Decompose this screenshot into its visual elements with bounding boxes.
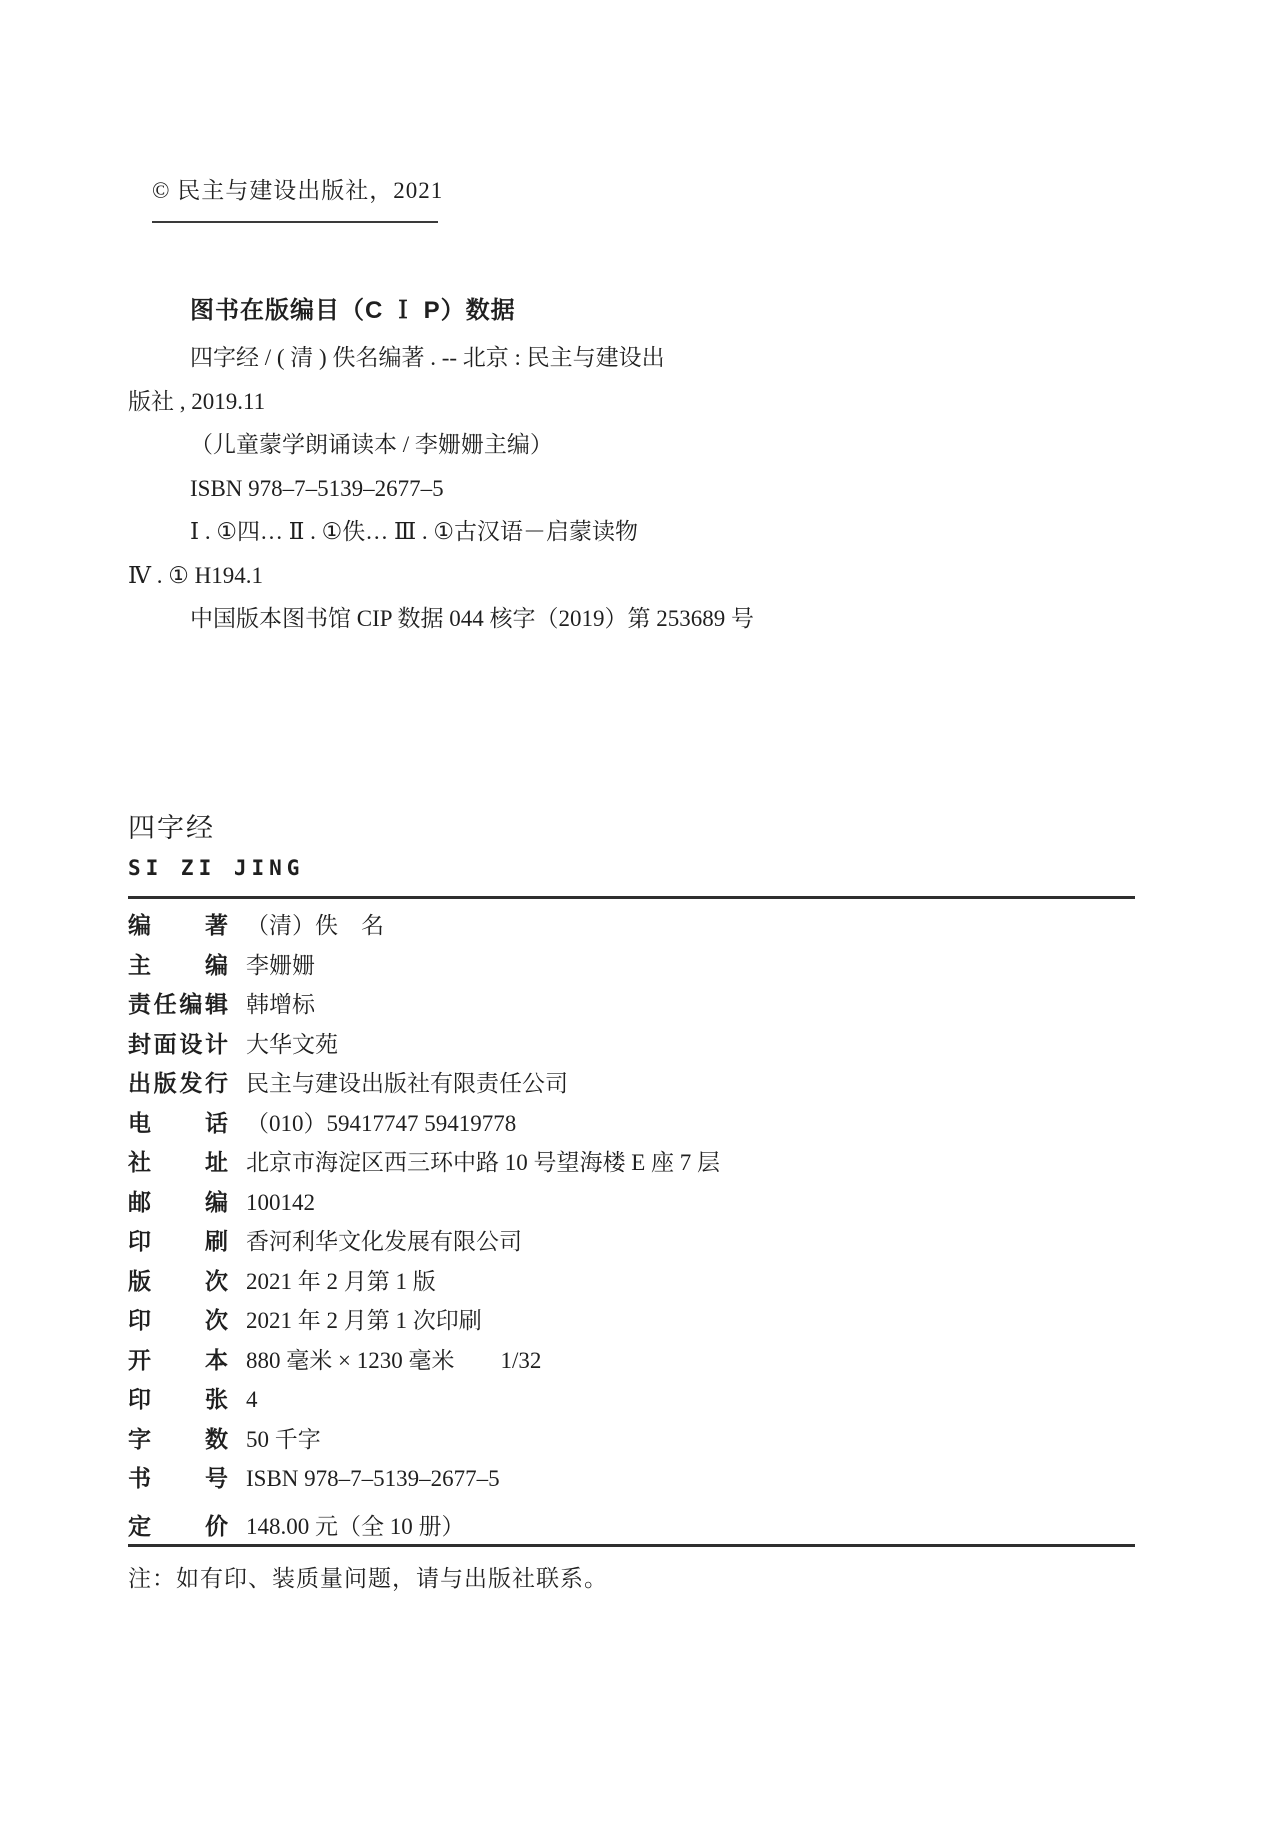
cip-data-block: 四字经 / ( 清 ) 佚名编著 . -- 北京 : 民主与建设出版社 , 20… — [128, 336, 1138, 641]
divider-top — [128, 896, 1135, 899]
colophon-row-label: 主 编 — [128, 946, 228, 986]
divider-bottom — [128, 1544, 1135, 1547]
colophon-row-label: 印 张 — [128, 1380, 228, 1420]
colophon-row-label: 编 著 — [128, 906, 228, 946]
colophon-row-label: 印 刷 — [128, 1222, 228, 1262]
copyright-page: © 民主与建设出版社，2021 图书在版编目（C Ｉ P）数据 四字经 / ( … — [0, 0, 1285, 1837]
colophon-row: 版 次2021 年 2 月第 1 版 — [128, 1262, 1138, 1302]
colophon-row: 邮 编100142 — [128, 1183, 1138, 1223]
colophon-row-value: 100142 — [246, 1183, 315, 1223]
colophon-row-value: 50 千字 — [246, 1420, 321, 1460]
colophon-row: 出版发行民主与建设出版社有限责任公司 — [128, 1064, 1138, 1104]
colophon-row-value: 大华文苑 — [246, 1025, 338, 1065]
colophon-row-value: 2021 年 2 月第 1 次印刷 — [246, 1301, 482, 1341]
colophon-row-value: 148.00 元（全 10 册） — [246, 1507, 465, 1547]
colophon-row-label: 社 址 — [128, 1143, 228, 1183]
colophon-row-label: 书 号 — [128, 1459, 228, 1499]
colophon-row-label: 邮 编 — [128, 1183, 228, 1223]
colophon-row: 封面设计大华文苑 — [128, 1025, 1138, 1065]
colophon-row: 印 刷香河利华文化发展有限公司 — [128, 1222, 1138, 1262]
colophon-row-value: 韩增标 — [246, 985, 315, 1025]
note-line: 注：如有印、装质量问题，请与出版社联系。 — [128, 1560, 608, 1593]
colophon-row-value: 2021 年 2 月第 1 版 — [246, 1262, 436, 1302]
colophon-row-value: 香河利华文化发展有限公司 — [246, 1222, 522, 1262]
colophon-row-value: 4 — [246, 1380, 258, 1420]
colophon-row-label: 责任编辑 — [128, 985, 228, 1025]
colophon-row: 责任编辑韩增标 — [128, 985, 1138, 1025]
book-title-pinyin: SI ZI JING — [128, 856, 304, 880]
colophon-row-label: 开 本 — [128, 1341, 228, 1381]
colophon-row-label: 电 话 — [128, 1104, 228, 1144]
colophon-row-label: 印 次 — [128, 1301, 228, 1341]
colophon-row: 开 本880 毫米 × 1230 毫米 1/32 — [128, 1341, 1138, 1381]
colophon-row-value: （010）59417747 59419778 — [246, 1104, 516, 1144]
colophon-row-label: 出版发行 — [128, 1064, 228, 1104]
cip-line: （儿童蒙学朗诵读本 / 李姗姗主编） — [128, 423, 1138, 467]
colophon-row: 编 著（清）佚 名 — [128, 906, 1138, 946]
cip-heading: 图书在版编目（C Ｉ P）数据 — [190, 290, 516, 325]
colophon-row-label: 封面设计 — [128, 1025, 228, 1065]
colophon-row-value: ISBN 978–7–5139–2677–5 — [246, 1459, 500, 1499]
colophon-row-value: 李姗姗 — [246, 946, 315, 986]
cip-line: Ⅰ . ①四… Ⅱ . ①佚… Ⅲ . ①古汉语－启蒙读物 — [128, 510, 1138, 554]
colophon-row: 电 话（010）59417747 59419778 — [128, 1104, 1138, 1144]
colophon-row: 定 价148.00 元（全 10 册） — [128, 1507, 1138, 1547]
cip-line: Ⅳ . ① H194.1 — [128, 554, 1138, 598]
cip-line: 中国版本图书馆 CIP 数据 044 核字（2019）第 253689 号 — [128, 597, 1138, 641]
colophon-row: 印 张4 — [128, 1380, 1138, 1420]
cip-line: 版社 , 2019.11 — [128, 380, 1138, 424]
colophon-row: 字 数50 千字 — [128, 1420, 1138, 1460]
copyright-underline — [152, 221, 438, 223]
colophon-row: 社 址北京市海淀区西三环中路 10 号望海楼 E 座 7 层 — [128, 1143, 1138, 1183]
cip-line: ISBN 978–7–5139–2677–5 — [128, 467, 1138, 511]
colophon-row-label: 版 次 — [128, 1262, 228, 1302]
colophon-row: 主 编李姗姗 — [128, 946, 1138, 986]
colophon-row-value: （清）佚 名 — [246, 906, 384, 946]
colophon-row-label: 定 价 — [128, 1507, 228, 1547]
colophon-table: 编 著（清）佚 名主 编李姗姗责任编辑韩增标封面设计大华文苑出版发行民主与建设出… — [128, 906, 1138, 1546]
colophon-row: 书 号ISBN 978–7–5139–2677–5 — [128, 1459, 1138, 1499]
book-title: 四字经 — [128, 806, 215, 845]
colophon-row-label: 字 数 — [128, 1420, 228, 1460]
cip-line: 四字经 / ( 清 ) 佚名编著 . -- 北京 : 民主与建设出 — [128, 336, 1138, 380]
colophon-row: 印 次2021 年 2 月第 1 次印刷 — [128, 1301, 1138, 1341]
colophon-row-value: 北京市海淀区西三环中路 10 号望海楼 E 座 7 层 — [246, 1143, 720, 1183]
colophon-row-value: 民主与建设出版社有限责任公司 — [246, 1064, 568, 1104]
colophon-row-value: 880 毫米 × 1230 毫米 1/32 — [246, 1341, 541, 1381]
copyright-line: © 民主与建设出版社，2021 — [152, 172, 443, 205]
